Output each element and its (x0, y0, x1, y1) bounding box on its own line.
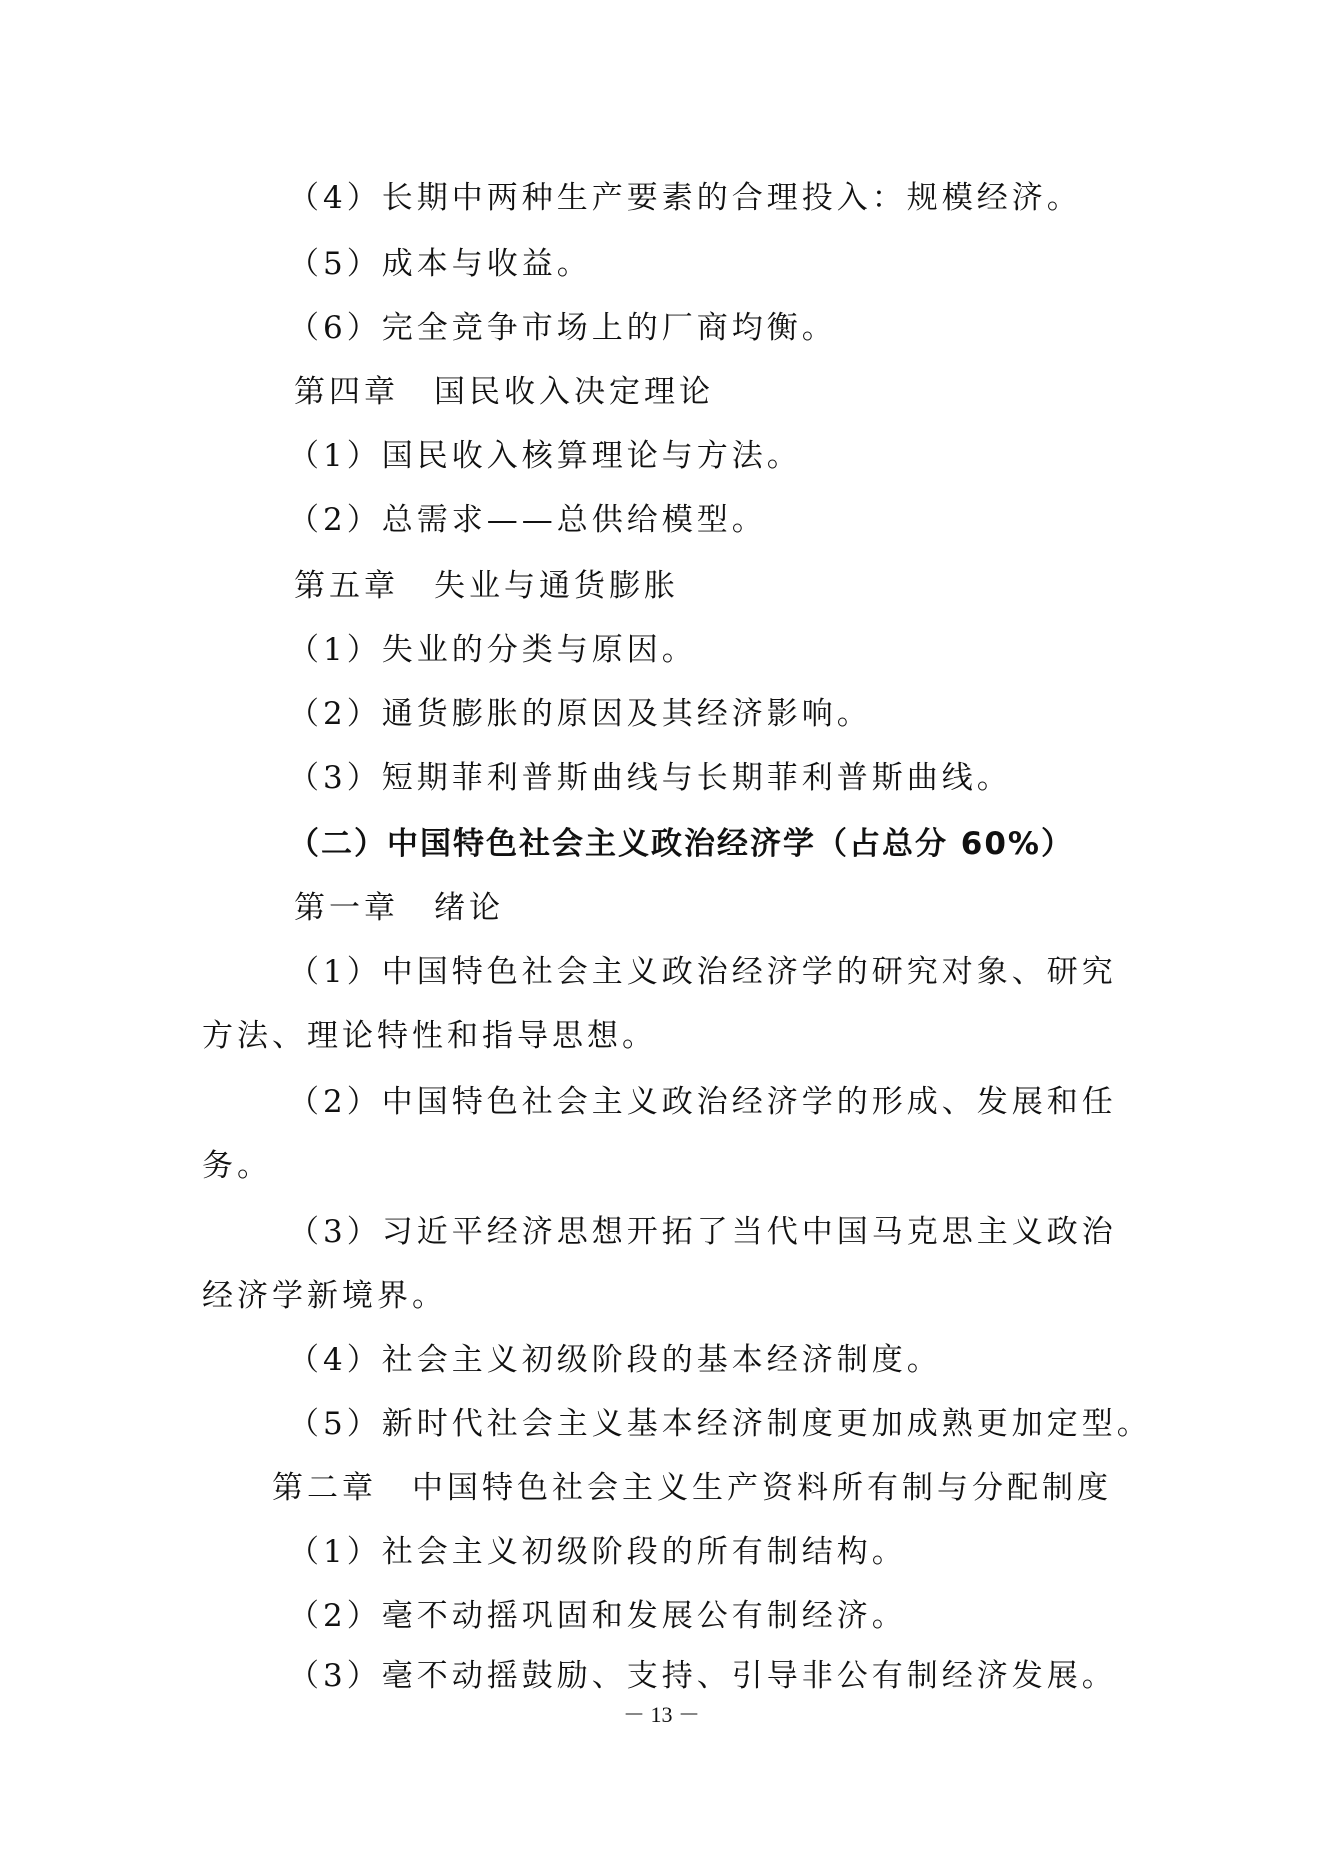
section-heading: （二）中国特色社会主义政治经济学（占总分 60%） (288, 824, 1074, 864)
chapter-heading: 第二章 中国特色社会主义生产资料所有制与分配制度 (272, 1468, 1112, 1508)
text-line: （2）通货膨胀的原因及其经济影响。 (288, 694, 872, 734)
text-line: （2）总需求——总供给模型。 (288, 500, 767, 540)
text-line: （5）成本与收益。 (288, 244, 592, 284)
text-line: 经济学新境界。 (202, 1276, 447, 1316)
document-page: （4）长期中两种生产要素的合理投入：规模经济。（5）成本与收益。（6）完全竞争市… (0, 0, 1323, 1871)
text-line: （4）社会主义初级阶段的基本经济制度。 (288, 1340, 942, 1380)
text-line: （1）国民收入核算理论与方法。 (288, 436, 802, 476)
text-line: （1）中国特色社会主义政治经济学的研究对象、研究 (288, 952, 1117, 992)
text-line: （6）完全竞争市场上的厂商均衡。 (288, 308, 837, 348)
text-line: （5）新时代社会主义基本经济制度更加成熟更加定型。 (288, 1404, 1152, 1444)
text-line: （1）社会主义初级阶段的所有制结构。 (288, 1532, 907, 1572)
text-line: （2）毫不动摇巩固和发展公有制经济。 (288, 1596, 907, 1636)
text-line: （3）毫不动摇鼓励、支持、引导非公有制经济发展。 (288, 1656, 1117, 1696)
page-number: － 13 － (0, 1698, 1323, 1729)
text-line: （1）失业的分类与原因。 (288, 630, 697, 670)
chapter-heading: 第五章 失业与通货膨胀 (294, 566, 679, 606)
text-line: （4）长期中两种生产要素的合理投入：规模经济。 (288, 178, 1082, 218)
text-line: 方法、理论特性和指导思想。 (202, 1016, 657, 1056)
text-line: （3）习近平经济思想开拓了当代中国马克思主义政治 (288, 1212, 1117, 1252)
text-line: 务。 (202, 1146, 272, 1186)
chapter-heading: 第四章 国民收入决定理论 (294, 372, 714, 412)
text-line: （2）中国特色社会主义政治经济学的形成、发展和任 (288, 1082, 1117, 1122)
text-line: （3）短期菲利普斯曲线与长期菲利普斯曲线。 (288, 758, 1012, 798)
chapter-heading: 第一章 绪论 (294, 888, 504, 928)
